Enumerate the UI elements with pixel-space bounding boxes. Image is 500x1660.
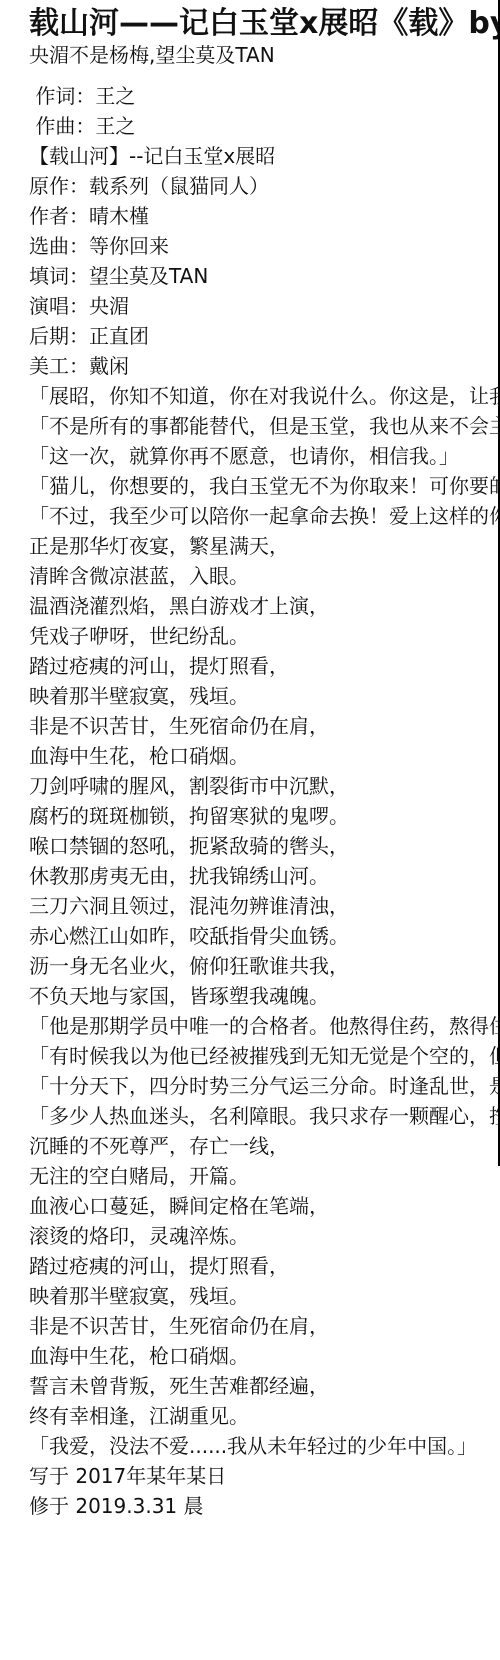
page-subtitle: 央湄不是杨梅,望尘莫及TAN [29,44,500,67]
text-line: 美工：戴闲 [0,351,500,381]
text-line: 填词：望尘莫及TAN [0,261,500,291]
text-line: 腐朽的斑斑枷锁，拘留寒狱的鬼啰。 [0,801,500,831]
footer-list: 写于 2017年某年某日修于 2019.3.31 晨 [0,1461,500,1521]
text-line: 作曲：王之 [0,111,500,141]
text-line: 【载山河】--记白玉堂x展昭 [0,141,500,171]
text-line: 沉睡的不死尊严，存亡一线， [0,1131,500,1161]
credits-list: 作词：王之 作曲：王之【载山河】--记白玉堂x展昭原作：载系列（鼠猫同人）作者：… [0,81,500,381]
text-line: 三刀六洞且领过，混沌勿辨谁清浊， [0,891,500,921]
lyrics-list: 「展昭，你知不知道，你在对我说什么。你这是，让我「不是所有的事都能替代，但是玉堂… [0,381,500,1461]
text-line: 正是那华灯夜宴，繁星满天， [0,531,500,561]
text-line: 踏过疮痍的河山，提灯照看， [0,651,500,681]
text-line: 「猫儿，你想要的，我白玉堂无不为你取来！可你要的 [0,471,500,501]
text-line: 血液心口蔓延，瞬间定格在笔端， [0,1191,500,1221]
text-line: 写于 2017年某年某日 [0,1461,500,1491]
page-title: 载山河——记白玉堂x展昭《载》by央湄 [29,7,500,41]
text-line: 映着那半壁寂寞，残垣。 [0,681,500,711]
text-line: 「十分天下，四分时势三分气运三分命。时逢乱世，是 [0,1071,500,1101]
text-line: 刀剑呼啸的腥风，割裂街市中沉默， [0,771,500,801]
lyrics-page: 载山河——记白玉堂x展昭《载》by央湄 央湄不是杨梅,望尘莫及TAN 作词：王之… [0,0,500,1660]
text-line: 血海中生花，枪口硝烟。 [0,1341,500,1371]
text-line: 原作：载系列（鼠猫同人） [0,171,500,201]
text-line: 非是不识苦甘，生死宿命仍在肩， [0,1311,500,1341]
text-line: 沥一身无名业火，俯仰狂歌谁共我， [0,951,500,981]
text-line: 踏过疮痍的河山，提灯照看， [0,1251,500,1281]
text-line: 「我爱，没法不爱......我从未年轻过的少年中国。」 [0,1431,500,1461]
text-line: 清眸含微凉湛蓝，入眼。 [0,561,500,591]
text-line: 赤心燃江山如昨，咬舐指骨尖血锈。 [0,921,500,951]
text-line: 「不过，我至少可以陪你一起拿命去换！爱上这样的你 [0,501,500,531]
text-line: 「多少人热血迷头，名利障眼。我只求存一颗醒心，按 [0,1101,500,1131]
text-line: 血海中生花，枪口硝烟。 [0,741,500,771]
text-line: 滚烫的烙印，灵魂淬炼。 [0,1221,500,1251]
text-line: 演唱：央湄 [0,291,500,321]
text-line: 誓言未曾背叛，死生苦难都经遍， [0,1371,500,1401]
text-line: 「有时候我以为他已经被摧残到无知无觉是个空的，但 [0,1041,500,1071]
text-line: 后期：正直团 [0,321,500,351]
lyrics-body: 作词：王之 作曲：王之【载山河】--记白玉堂x展昭原作：载系列（鼠猫同人）作者：… [0,81,500,1521]
text-line: 「他是那期学员中唯一的合格者。他熬得住药，熬得住 [0,1011,500,1041]
text-line: 「这一次，就算你再不愿意，也请你，相信我。」 [0,441,500,471]
text-line: 喉口禁锢的怒吼，扼紧敌骑的辔头， [0,831,500,861]
text-line: 非是不识苦甘，生死宿命仍在肩， [0,711,500,741]
text-line: 温酒浇灌烈焰，黑白游戏才上演， [0,591,500,621]
text-line: 「展昭，你知不知道，你在对我说什么。你这是，让我 [0,381,500,411]
text-line: 映着那半壁寂寞，残垣。 [0,1281,500,1311]
text-line: 无注的空白赌局，开篇。 [0,1161,500,1191]
text-line: 作词：王之 [0,81,500,111]
text-line: 终有幸相逢，江湖重见。 [0,1401,500,1431]
text-line: 修于 2019.3.31 晨 [0,1491,500,1521]
text-line: 选曲：等你回来 [0,231,500,261]
text-line: 不负天地与家国，皆琢塑我魂魄。 [0,981,500,1011]
text-line: 凭戏子咿呀，世纪纷乱。 [0,621,500,651]
text-line: 「不是所有的事都能替代，但是玉堂，我也从来不会主 [0,411,500,441]
text-line: 作者：晴木槿 [0,201,500,231]
text-line: 休教那虏夷无由，扰我锦绣山河。 [0,861,500,891]
